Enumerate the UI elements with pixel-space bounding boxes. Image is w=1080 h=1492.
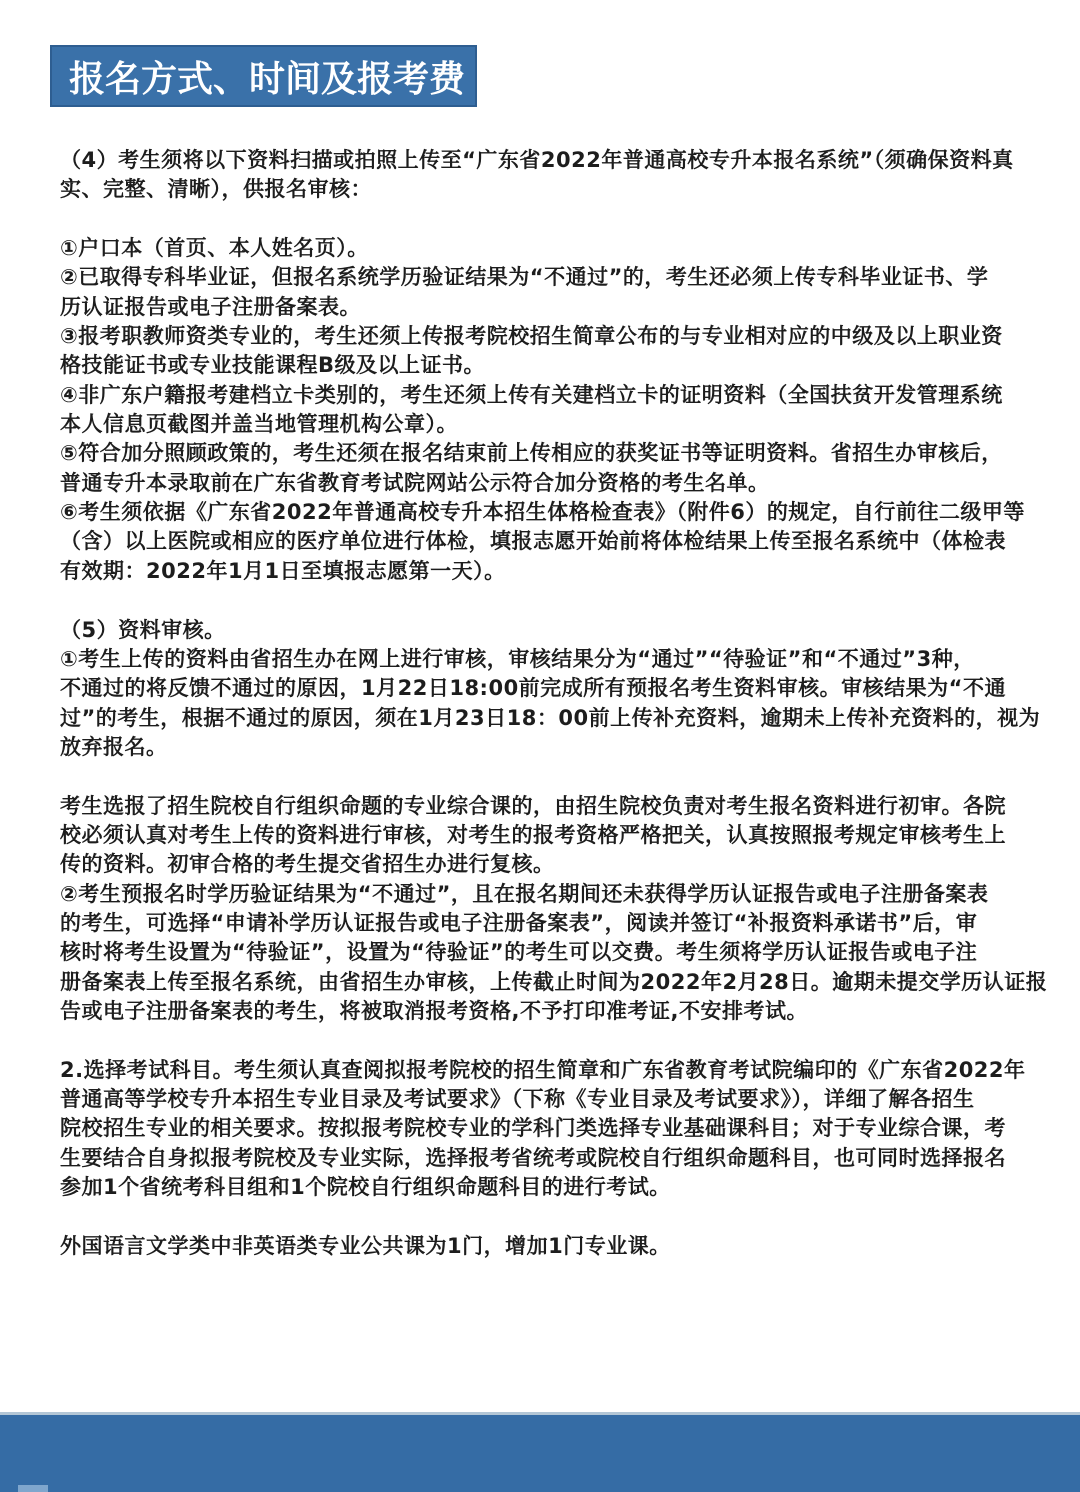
text-line — [60, 1026, 1070, 1055]
text-line: 2.选择考试科目。考生须认真查阅拟报考院校的招生简章和广东省教育考试院编印的《广… — [60, 1056, 1070, 1085]
text-line: 校必须认真对考生上传的资料进行审核，对考生的报考资格严格把关，认真按照报考规定审… — [60, 821, 1070, 850]
document-page: 报名方式、时间及报考费 （4）考生须将以下资料扫描或拍照上传至“广东省2022年… — [0, 0, 1080, 1492]
text-line: 不通过的将反馈不通过的原因，1月22日18:00前完成所有预报名考生资料审核。审… — [60, 674, 1070, 703]
body-text: （4）考生须将以下资料扫描或拍照上传至“广东省2022年普通高校专升本报名系统”… — [60, 146, 1070, 1261]
text-line: 告或电子注册备案表的考生，将被取消报考资格,不予打印准考证,不安排考试。 — [60, 997, 1070, 1026]
text-line: ②考生预报名时学历验证结果为“不通过”，且在报名期间还未获得学历认证报告或电子注… — [60, 880, 1070, 909]
text-line: 格技能证书或专业技能课程B级及以上证书。 — [60, 351, 1070, 380]
text-line: 普通专升本录取前在广东省教育考试院网站公示符合加分资格的考生名单。 — [60, 469, 1070, 498]
text-line: 实、完整、清晰），供报名审核： — [60, 175, 1070, 204]
text-line: 核时将考生设置为“待验证”，设置为“待验证”的考生可以交费。考生须将学历认证报告… — [60, 938, 1070, 967]
text-line — [60, 586, 1070, 615]
footer-band — [0, 1412, 1080, 1492]
text-line: 考生选报了招生院校自行组织命题的专业综合课的，由招生院校负责对考生报名资料进行初… — [60, 792, 1070, 821]
text-line: 放弃报名。 — [60, 733, 1070, 762]
text-line: 有效期：2022年1月1日至填报志愿第一天）。 — [60, 557, 1070, 586]
text-line: （含）以上医院或相应的医疗单位进行体检，填报志愿开始前将体检结果上传至报名系统中… — [60, 527, 1070, 556]
text-line — [60, 762, 1070, 791]
text-line: 外国语言文学类中非英语类专业公共课为1门，增加1门专业课。 — [60, 1232, 1070, 1261]
section-title: 报名方式、时间及报考费 — [69, 51, 465, 102]
text-line: （4）考生须将以下资料扫描或拍照上传至“广东省2022年普通高校专升本报名系统”… — [60, 146, 1070, 175]
text-line: 过”的考生，根据不通过的原因，须在1月23日18：00前上传补充资料，逾期未上传… — [60, 704, 1070, 733]
text-line: ④非广东户籍报考建档立卡类别的，考生还须上传有关建档立卡的证明资料（全国扶贫开发… — [60, 381, 1070, 410]
text-line: 生要结合自身拟报考院校及专业实际，选择报考省统考或院校自行组织命题科目，也可同时… — [60, 1144, 1070, 1173]
text-line: 传的资料。初审合格的考生提交省招生办进行复核。 — [60, 850, 1070, 879]
text-line: 册备案表上传至报名系统，由省招生办审核，上传截止时间为2022年2月28日。逾期… — [60, 968, 1070, 997]
text-line: ⑥考生须依据《广东省2022年普通高校专升本招生体格检查表》（附件6）的规定，自… — [60, 498, 1070, 527]
text-line: 院校招生专业的相关要求。按拟报考院校专业的学科门类选择专业基础课科目；对于专业综… — [60, 1114, 1070, 1143]
text-line — [60, 205, 1070, 234]
text-line: 参加1个省统考科目组和1个院校自行组织命题科目的进行考试。 — [60, 1173, 1070, 1202]
text-line — [60, 1202, 1070, 1231]
section-title-banner: 报名方式、时间及报考费 — [50, 45, 477, 107]
text-line: ③报考职教师资类专业的，考生还须上传报考院校招生简章公布的与专业相对应的中级及以… — [60, 322, 1070, 351]
text-line: ②已取得专科毕业证，但报名系统学历验证结果为“不通过”的，考生还必须上传专科毕业… — [60, 263, 1070, 292]
text-line: （5）资料审核。 — [60, 616, 1070, 645]
text-line: 的考生，可选择“申请补学历认证报告或电子注册备案表”，阅读并签订“补报资料承诺书… — [60, 909, 1070, 938]
text-line: 本人信息页截图并盖当地管理机构公章）。 — [60, 410, 1070, 439]
text-line: ⑤符合加分照顾政策的，考生还须在报名结束前上传相应的获奖证书等证明资料。省招生办… — [60, 439, 1070, 468]
text-line: 历认证报告或电子注册备案表。 — [60, 293, 1070, 322]
text-line: ①考生上传的资料由省招生办在网上进行审核，审核结果分为“通过”“待验证”和“不通… — [60, 645, 1070, 674]
footer-corner-accent — [18, 1485, 48, 1492]
text-line: ①户口本（首页、本人姓名页）。 — [60, 234, 1070, 263]
text-line: 普通高等学校专升本招生专业目录及考试要求》（下称《专业目录及考试要求》），详细了… — [60, 1085, 1070, 1114]
